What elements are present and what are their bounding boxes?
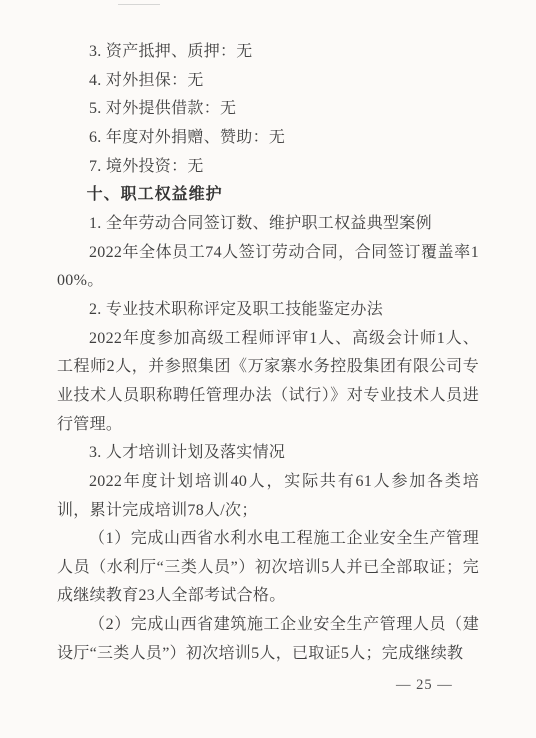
paragraph: 2022年度计划培训40人，实际共有61人参加各类培训，累计完成培训78人/次； <box>57 468 479 525</box>
section-heading: 十、职工权益维护 <box>57 181 479 210</box>
paragraph: 5. 对外提供借款：无 <box>57 95 479 124</box>
paragraph: 2022年全体员工74人签订劳动合同，合同签订覆盖率100%。 <box>57 239 479 296</box>
paragraph: 1. 全年劳动合同签订数、维护职工权益典型案例 <box>57 210 479 239</box>
page-number: — 25 — <box>396 677 453 693</box>
paragraph: （2）完成山西省建筑施工企业安全生产管理人员（建设厅“三类人员”）初次培训5人，… <box>57 611 479 668</box>
document-body: 3. 资产抵押、质押：无4. 对外担保：无5. 对外提供借款：无6. 年度对外捐… <box>57 38 479 668</box>
document-page: 3. 资产抵押、质押：无4. 对外担保：无5. 对外提供借款：无6. 年度对外捐… <box>0 0 536 738</box>
paragraph: 2. 专业技术职称评定及职工技能鉴定办法 <box>57 296 479 325</box>
paragraph: （1）完成山西省水利水电工程施工企业安全生产管理人员（水利厅“三类人员”）初次培… <box>57 525 479 611</box>
paragraph: 2022年度参加高级工程师评审1人、高级会计师1人、工程师2人，并参照集团《万家… <box>57 325 479 440</box>
paragraph: 7. 境外投资：无 <box>57 153 479 182</box>
paragraph: 3. 人才培训计划及落实情况 <box>57 439 479 468</box>
scan-artifact-line <box>118 4 160 5</box>
paragraph: 6. 年度对外捐赠、赞助：无 <box>57 124 479 153</box>
paragraph: 3. 资产抵押、质押：无 <box>57 38 479 67</box>
paragraph: 4. 对外担保：无 <box>57 67 479 96</box>
